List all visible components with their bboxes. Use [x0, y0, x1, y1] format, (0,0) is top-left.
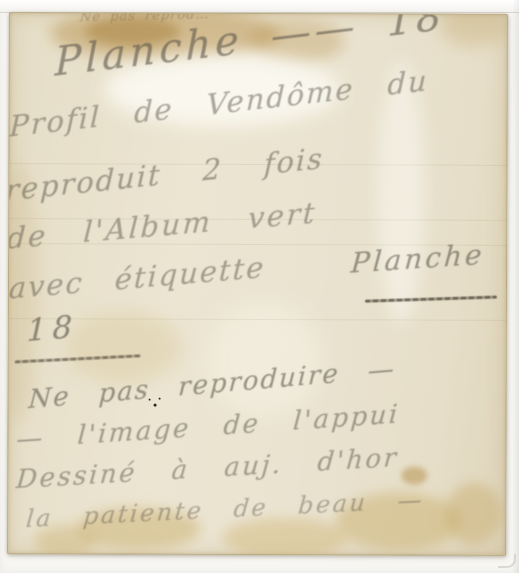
- stain-spot-small: [401, 467, 427, 485]
- stain-bottom-4: [446, 483, 501, 545]
- stain-bottom-2: [222, 518, 347, 556]
- handwriting-line-album-vert: de l'Album vert: [7, 195, 318, 255]
- ink-speck: [154, 404, 157, 407]
- handwriting-number-18: 18: [26, 309, 78, 349]
- handwriting-line-reproduit: reproduit 2 fois: [7, 141, 325, 208]
- note-paper: Ne pas reprod… Planche —— 18 Profil de V…: [7, 12, 508, 556]
- mat-right-shadow: [512, 0, 519, 573]
- photographed-note: Ne pas reprod… Planche —— 18 Profil de V…: [0, 0, 519, 573]
- ink-speck: [149, 399, 151, 401]
- mat-top-edge: [0, 0, 519, 13]
- handwriting-line-etiquette: avec étiquette: [8, 249, 266, 305]
- ink-speck: [159, 398, 161, 400]
- stain-corner-tr: [440, 12, 508, 47]
- underline-planche: [365, 296, 497, 303]
